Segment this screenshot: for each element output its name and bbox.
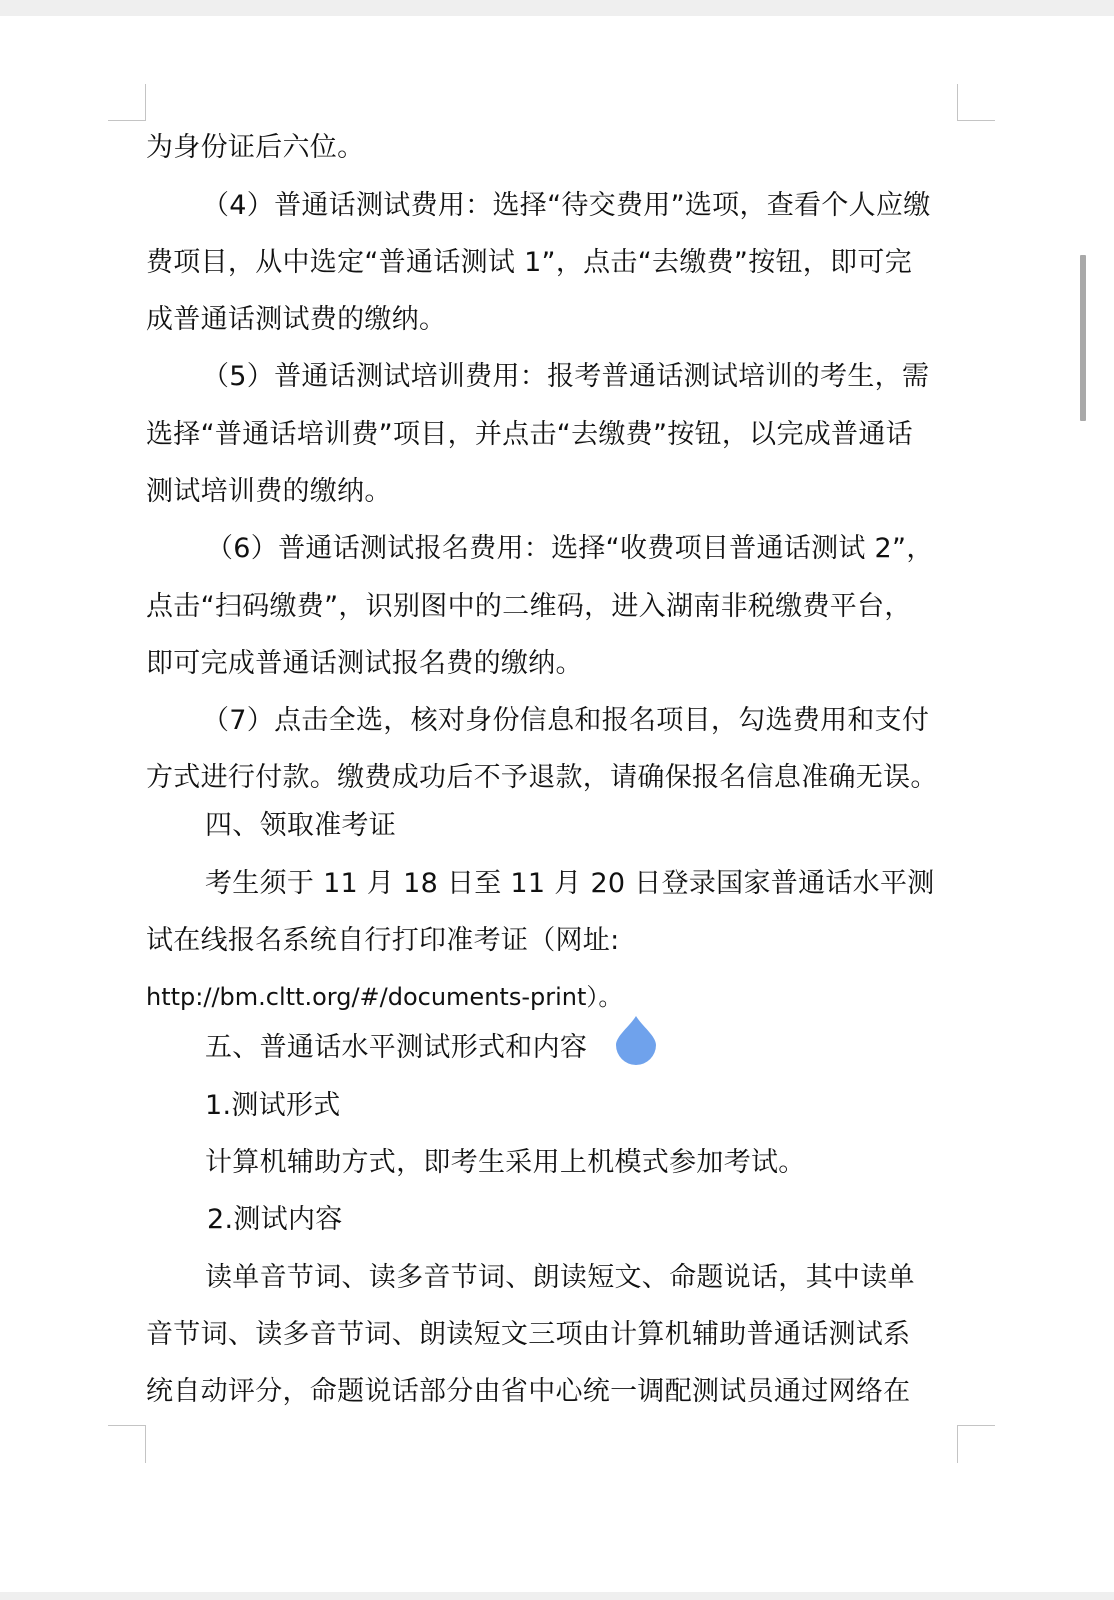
paragraph-line: 即可完成普通话测试报名费的缴纳。 <box>146 647 583 681</box>
paragraph-line: 方式进行付款。缴费成功后不予退款，请确保报名信息准确无误。 <box>146 761 938 795</box>
paragraph-line: 测试培训费的缴纳。 <box>146 475 392 509</box>
paragraph-line: 费项目，从中选定“普通话测试 1”，点击“去缴费”按钮，即可完 <box>146 246 912 280</box>
paragraph-line: 读单音节词、读多音节词、朗读短文、命题说话，其中读单 <box>205 1261 915 1295</box>
paragraph-line: 考生须于 11 月 18 日至 11 月 20 日登录国家普通话水平测 <box>205 867 935 901</box>
paragraph-line: 音节词、读多音节词、朗读短文三项由计算机辅助普通话测试系 <box>146 1318 910 1352</box>
paragraph-line: （7）点击全选，核对身份信息和报名项目，勾选费用和支付 <box>202 704 929 738</box>
paragraph-line: （4）普通话测试费用：选择“待交费用”选项，查看个人应缴 <box>202 189 931 223</box>
paragraph-line: （6）普通话测试报名费用：选择“收费项目普通话测试 2”， <box>206 532 934 566</box>
page-corner-mark-top-right <box>957 84 995 121</box>
page-corner-mark-bottom-right <box>957 1425 995 1463</box>
section-heading: 四、领取准考证 <box>205 809 396 843</box>
paragraph-line: 计算机辅助方式，即考生采用上机模式参加考试。 <box>205 1146 806 1180</box>
section-heading: 五、普通话水平测试形式和内容 <box>205 1031 587 1065</box>
text-cursor-drop-icon[interactable] <box>615 1014 657 1065</box>
page-corner-mark-bottom-left <box>108 1425 146 1463</box>
url-link-text[interactable]: http://bm.cltt.org/#/documents-print）。 <box>146 980 622 1014</box>
paragraph-line: 为身份证后六位。 <box>146 131 364 165</box>
vertical-scrollbar[interactable] <box>1080 255 1086 421</box>
bottom-band <box>0 1592 1114 1600</box>
page-corner-mark-top-left <box>108 84 146 121</box>
paragraph-line: 试在线报名系统自行打印准考证（网址: <box>146 924 620 958</box>
paragraph-line: （5）普通话测试培训费用：报考普通话测试培训的考生，需 <box>202 360 929 394</box>
top-toolbar-band <box>0 0 1114 16</box>
paragraph-line: 点击“扫码缴费”，识别图中的二维码，进入湖南非税缴费平台， <box>146 590 912 624</box>
paragraph-line: 统自动评分，命题说话部分由省中心统一调配测试员通过网络在 <box>146 1375 910 1409</box>
subsection-heading: 1.测试形式 <box>205 1089 341 1123</box>
paragraph-line: 成普通话测试费的缴纳。 <box>146 303 446 337</box>
subsection-heading: 2.测试内容 <box>207 1203 343 1237</box>
paragraph-line: 选择“普通话培训费”项目，并点击“去缴费”按钮，以完成普通话 <box>146 418 913 452</box>
